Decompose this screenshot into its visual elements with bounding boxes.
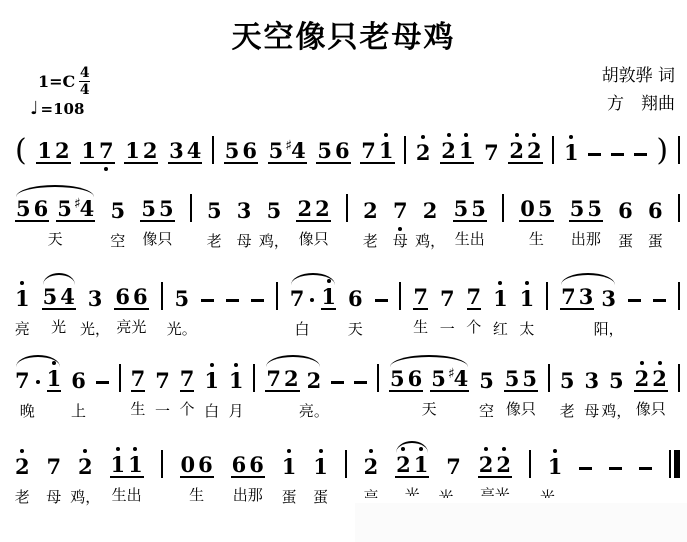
note: 1 — [414, 454, 429, 476]
final-barline — [669, 450, 680, 478]
lyric: 天 — [422, 401, 437, 418]
note: 1太 — [520, 288, 535, 310]
octave-up-dot — [210, 363, 214, 367]
note: 1光。 — [548, 456, 563, 478]
note: 5 — [505, 368, 520, 390]
beam-group: 71 — [360, 140, 394, 164]
note-digit: 7 — [15, 370, 30, 392]
lyric: 亮。 — [299, 403, 329, 420]
note-digit: 2 — [479, 454, 494, 476]
note-digit: 7 — [484, 142, 499, 164]
lyric: 老 — [363, 233, 378, 250]
note-digit: 2 — [423, 200, 438, 222]
note: 4 — [187, 140, 202, 162]
music-line-3: 1亮54光3光，66亮光5光。7白16天7生7一7个1红1太733阳， — [15, 284, 680, 310]
octave-up-dot — [116, 447, 120, 451]
octave-up-dot — [287, 449, 291, 453]
note: 1 — [379, 140, 394, 162]
beam-group: 17 — [80, 140, 114, 164]
lyric: 空 — [110, 233, 125, 250]
lyric: 光。 — [167, 321, 197, 338]
dash-note — [96, 381, 109, 384]
note: 2 — [479, 454, 494, 476]
barline — [678, 194, 680, 222]
lyric: 阳， — [594, 321, 624, 338]
note-digit: 5 — [454, 198, 469, 220]
lyric: 蛋 — [282, 489, 297, 506]
note-digit: 5 — [110, 200, 125, 222]
note-digit: 4 — [187, 140, 202, 162]
barline — [253, 364, 255, 392]
note: 5 — [431, 368, 446, 390]
note-digit: 7 — [467, 286, 482, 308]
octave-up-dot — [532, 133, 536, 137]
note-digit: 2 — [509, 140, 524, 162]
note: 2 — [509, 140, 524, 162]
note: 2 — [396, 454, 411, 476]
barline — [161, 282, 163, 310]
lyric: 生 — [529, 231, 544, 248]
beam-group: 72 — [265, 368, 299, 392]
lyric: 白 — [295, 321, 310, 338]
note: 2鸡， — [78, 456, 93, 478]
note-digit: 6 — [618, 200, 633, 222]
note: 5 — [390, 368, 405, 390]
note-digit: 1 — [282, 456, 297, 478]
note: ♯4 — [286, 140, 305, 162]
note-digit: 5 — [57, 198, 72, 220]
note: 1 — [321, 286, 336, 310]
dash-note — [331, 381, 344, 384]
music-line-5: 2老7母2鸡，11生出06生66出那1蛋1蛋2亮21光7光，22亮光1光。 — [15, 452, 680, 478]
barline — [190, 194, 192, 222]
note-digit: 7 — [266, 368, 281, 390]
beam-group: 5♯4 — [430, 368, 469, 392]
note: 5 — [57, 198, 72, 220]
note-digit: 7 — [413, 286, 428, 308]
note: 2 — [297, 198, 312, 220]
note: 2 — [635, 368, 650, 390]
note-digit: 2 — [15, 456, 30, 478]
note-digit: 5 — [560, 370, 575, 392]
note-digit: 5 — [587, 198, 602, 220]
note: 5 — [522, 368, 537, 390]
note: 2 — [284, 368, 299, 390]
note: 1 — [81, 140, 96, 162]
lyric: 蛋 — [618, 233, 633, 250]
note-digit: 7 — [131, 368, 146, 390]
lyric: 亮 — [15, 321, 30, 338]
beam-group: 56 — [389, 368, 423, 392]
lyric: 母 — [393, 233, 408, 250]
note-digit: 2 — [364, 456, 379, 478]
note-digit: 7 — [155, 370, 170, 392]
octave-up-dot — [502, 447, 506, 451]
note-digit: 2 — [441, 140, 456, 162]
note-digit: 1 — [37, 140, 52, 162]
octave-up-dot — [447, 133, 451, 137]
lyric: 天 — [348, 321, 363, 338]
note-digit: 5 — [505, 368, 520, 390]
dash-note — [354, 381, 367, 384]
note: 2老 — [363, 200, 378, 222]
beam-group: 55生出 — [453, 198, 487, 222]
octave-down-dot — [398, 227, 402, 231]
note-digit: 5 — [431, 368, 446, 390]
note-digit: 0 — [181, 454, 196, 476]
beam-group: 06生 — [180, 454, 214, 478]
lyric: 上 — [71, 403, 86, 420]
note: 5 — [317, 140, 332, 162]
lyric: 像只 — [506, 401, 536, 418]
octave-up-dot — [83, 449, 87, 453]
lyric: 蛋 — [313, 489, 328, 506]
beam-group: 66出那 — [231, 454, 265, 478]
lyric: 一 — [440, 321, 455, 338]
note: 7个 — [467, 286, 482, 310]
barline — [678, 136, 680, 164]
beam-group: 12 — [36, 140, 70, 164]
note-digit: 6 — [232, 454, 247, 476]
note-digit: 1 — [321, 286, 336, 308]
lyric: 生 — [189, 487, 204, 504]
note-digit: 3 — [169, 140, 184, 162]
note: 3母 — [237, 200, 252, 222]
lyric: 母 — [584, 403, 599, 420]
note-digit: 5 — [207, 200, 222, 222]
note-digit: 2 — [652, 368, 667, 390]
overlay-box — [355, 503, 687, 542]
note: 5 — [471, 198, 486, 220]
note-digit: 5 — [522, 368, 537, 390]
slur-group: 733阳， — [560, 286, 616, 310]
lyric: 光， — [439, 489, 469, 498]
augmentation-dot — [36, 380, 40, 384]
dash-note — [588, 153, 601, 156]
note: 1蛋 — [282, 456, 297, 478]
barline — [276, 282, 278, 310]
lyric: 出那 — [233, 487, 263, 504]
lyric: 亮光 — [116, 319, 146, 336]
note-digit: 7 — [440, 288, 455, 310]
lyric: 太 — [519, 321, 534, 338]
note: 5 — [141, 198, 156, 220]
note-digit: 6 — [242, 140, 257, 162]
octave-up-dot — [20, 449, 24, 453]
note-digit: 1 — [459, 140, 474, 162]
note-digit: 4 — [80, 198, 95, 220]
lyric: 母 — [46, 489, 61, 506]
lyric: 像只 — [636, 401, 666, 418]
beam-group: 56 — [15, 198, 49, 222]
lyric: 鸡， — [259, 233, 289, 250]
octave-up-dot — [369, 449, 373, 453]
note-digit: 7 — [290, 288, 305, 310]
slur-group: 7晚1 — [15, 368, 61, 392]
lyric: 蛋 — [648, 233, 663, 250]
octave-up-dot — [319, 449, 323, 453]
octave-up-dot — [515, 133, 519, 137]
note-digit: 0 — [520, 198, 535, 220]
octave-up-dot — [640, 361, 644, 365]
note-digit: 6 — [133, 286, 148, 308]
lyric: 个 — [180, 401, 195, 418]
note: 0 — [520, 198, 535, 220]
note-digit: 1 — [47, 368, 62, 390]
note-digit: 6 — [408, 368, 423, 390]
tempo-marking: ♩ =108 — [30, 98, 84, 119]
note-digit: 7 — [99, 140, 114, 162]
beam-group: 56 — [224, 140, 258, 164]
note: 5老 — [207, 200, 222, 222]
beam-group: 73 — [560, 286, 594, 310]
octave-down-dot — [104, 167, 108, 171]
lyric: 亮 — [363, 489, 378, 498]
slur-group: 54光 — [42, 286, 76, 310]
lyric: 光 — [51, 319, 66, 336]
note: 6 — [115, 286, 130, 308]
octave-up-dot — [569, 135, 573, 139]
note: 2鸡， — [423, 200, 438, 222]
note-digit: 6 — [115, 286, 130, 308]
sharp-icon: ♯ — [448, 367, 455, 381]
lyric: 晚 — [20, 403, 35, 420]
note-digit: 7 — [393, 200, 408, 222]
dash-note — [609, 467, 622, 470]
lyric: 亮光 — [480, 487, 510, 496]
note-digit: 6 — [335, 140, 350, 162]
note: 1 — [125, 140, 140, 162]
lyric: 鸡， — [415, 233, 445, 250]
dash-note — [634, 153, 647, 156]
octave-up-dot — [20, 281, 24, 285]
note: 1 — [47, 368, 62, 392]
note-digit: 4 — [454, 368, 469, 390]
note-digit: 1 — [204, 370, 219, 392]
beam-group: 55出那 — [569, 198, 603, 222]
dash-note — [201, 299, 214, 302]
lyric: 白 — [204, 403, 219, 420]
beam-group: 22像只 — [634, 368, 668, 392]
slur-group: 7白1 — [290, 286, 336, 310]
note: 1白 — [204, 370, 219, 392]
note-digit: 6 — [198, 454, 213, 476]
note: 5空 — [479, 370, 494, 392]
note: 6 — [408, 368, 423, 390]
lyric: 生 — [130, 401, 145, 418]
note: 5空 — [110, 200, 125, 222]
paren: ( — [15, 138, 27, 164]
note: 6蛋 — [648, 200, 663, 222]
note-digit: 1 — [229, 370, 244, 392]
lyric: 生 — [413, 319, 428, 336]
beam-group: 05生 — [519, 198, 553, 222]
note: 2 — [143, 140, 158, 162]
note: 7生 — [131, 368, 146, 392]
note-digit: 1 — [128, 454, 143, 476]
barline — [119, 364, 121, 392]
note: 2 — [416, 142, 431, 164]
note-digit: 7 — [561, 286, 576, 308]
augmentation-dot — [310, 298, 314, 302]
note: 6 — [335, 140, 350, 162]
octave-up-dot — [327, 279, 331, 283]
music-line-1: (12171234565♯456712217221) — [15, 138, 680, 164]
note: 5 — [538, 198, 553, 220]
note: 7生 — [413, 286, 428, 310]
credits: 胡敦骅 词 方 翔曲 — [602, 62, 675, 118]
page-title: 天空像只老母鸡 — [0, 12, 687, 56]
note-digit: 5 — [225, 140, 240, 162]
octave-up-dot — [421, 135, 425, 139]
time-bottom: 4 — [80, 83, 90, 97]
note: 5 — [454, 198, 469, 220]
note-digit: 5 — [609, 370, 624, 392]
note-digit: 5 — [479, 370, 494, 392]
note: 2 — [496, 454, 511, 476]
note-digit: 1 — [15, 288, 30, 310]
barline — [399, 282, 401, 310]
note-digit: 5 — [317, 140, 332, 162]
note-digit: 5 — [538, 198, 553, 220]
note: 5 — [225, 140, 240, 162]
dash-note — [251, 299, 264, 302]
note-digit: 5 — [159, 198, 174, 220]
note: ♯4 — [75, 198, 94, 220]
lyric: 光 — [405, 487, 420, 496]
note-digit: 1 — [564, 142, 579, 164]
note: 7母 — [47, 456, 62, 478]
sharp-icon: ♯ — [74, 197, 81, 211]
lyric: 光， — [80, 321, 110, 338]
tempo-value: =108 — [41, 100, 85, 118]
barline — [377, 364, 379, 392]
octave-up-dot — [553, 449, 557, 453]
note-digit: 1 — [520, 288, 535, 310]
lyric: 老 — [560, 403, 575, 420]
note-digit: 1 — [111, 454, 126, 476]
note: 3光， — [88, 288, 103, 310]
beam-group: 12 — [124, 140, 158, 164]
note-digit: 1 — [493, 288, 508, 310]
note: 5鸡， — [609, 370, 624, 392]
beam-group: 11生出 — [110, 454, 144, 478]
note-digit: 5 — [267, 200, 282, 222]
lyric: 鸡， — [70, 489, 100, 506]
note-digit: 6 — [249, 454, 264, 476]
beam-group: 56 — [316, 140, 350, 164]
note: 7一 — [155, 370, 170, 392]
note-digit: 6 — [648, 200, 663, 222]
note-digit: 2 — [396, 454, 411, 476]
beam-group: 22 — [508, 140, 542, 164]
note: 6天 — [348, 288, 363, 310]
note-digit: 5 — [570, 198, 585, 220]
octave-up-dot — [464, 133, 468, 137]
note-digit: 5 — [390, 368, 405, 390]
octave-up-dot — [52, 361, 56, 365]
lyric: 光。 — [540, 489, 570, 498]
note-digit: 2 — [307, 370, 322, 392]
barline — [678, 364, 680, 392]
note-digit: 2 — [143, 140, 158, 162]
note-digit: 3 — [237, 200, 252, 222]
note-digit: 1 — [414, 454, 429, 476]
barline — [161, 450, 163, 478]
note: 4 — [60, 286, 75, 308]
note: 7光， — [446, 456, 461, 478]
note: 1 — [564, 142, 579, 164]
slur-group: 565♯4天 — [15, 198, 95, 222]
beam-group: 66亮光 — [114, 286, 148, 310]
beam-group: 21 — [440, 140, 474, 164]
note: 7 — [266, 368, 281, 390]
note-digit: 6 — [348, 288, 363, 310]
dash-note — [226, 299, 239, 302]
lyric: 母 — [237, 233, 252, 250]
note-digit: 3 — [88, 288, 103, 310]
barline-thin-stroke — [669, 450, 671, 478]
barline — [502, 194, 504, 222]
note: 5光。 — [174, 288, 189, 310]
paren: ) — [656, 138, 668, 164]
note: 2 — [441, 140, 456, 162]
note: 1 — [128, 454, 143, 476]
octave-up-dot — [384, 133, 388, 137]
beam-group: 22像只 — [296, 198, 330, 222]
slur-group: 21光 — [395, 454, 429, 478]
note: 3母 — [584, 370, 599, 392]
lyric: 天 — [48, 231, 63, 248]
note-digit: 7 — [446, 456, 461, 478]
lyric: 老 — [207, 233, 222, 250]
note-digit: 7 — [47, 456, 62, 478]
note: 5 — [269, 140, 284, 162]
note-digit: 6 — [71, 370, 86, 392]
note: 1蛋 — [313, 456, 328, 478]
note: 7母 — [393, 200, 408, 222]
note: 5 — [16, 198, 31, 220]
note-digit: 1 — [313, 456, 328, 478]
octave-up-dot — [419, 447, 423, 451]
barline — [678, 282, 680, 310]
note: ♯4 — [449, 368, 468, 390]
note-digit: 2 — [496, 454, 511, 476]
octave-up-dot — [484, 447, 488, 451]
note-digit: 4 — [60, 286, 75, 308]
lyric: 一 — [155, 403, 170, 420]
lyricist-credit: 胡敦骅 词 — [602, 62, 675, 90]
dash-note — [611, 153, 624, 156]
note: 6 — [198, 454, 213, 476]
slur-group: 565♯4天 — [389, 368, 469, 392]
barline — [404, 136, 406, 164]
dash-note — [653, 299, 666, 302]
barline — [212, 136, 214, 164]
note: 6 — [133, 286, 148, 308]
note: 2 — [652, 368, 667, 390]
note: 5鸡， — [267, 200, 282, 222]
octave-up-dot — [133, 447, 137, 451]
note: 7白 — [290, 288, 315, 310]
lyric: 像只 — [142, 231, 172, 248]
lyric: 鸡， — [601, 403, 631, 420]
note: 7一 — [440, 288, 455, 310]
note: 6 — [232, 454, 247, 476]
slur-group: 722亮。 — [265, 368, 321, 392]
note-digit: 2 — [78, 456, 93, 478]
dash-note — [375, 299, 388, 302]
